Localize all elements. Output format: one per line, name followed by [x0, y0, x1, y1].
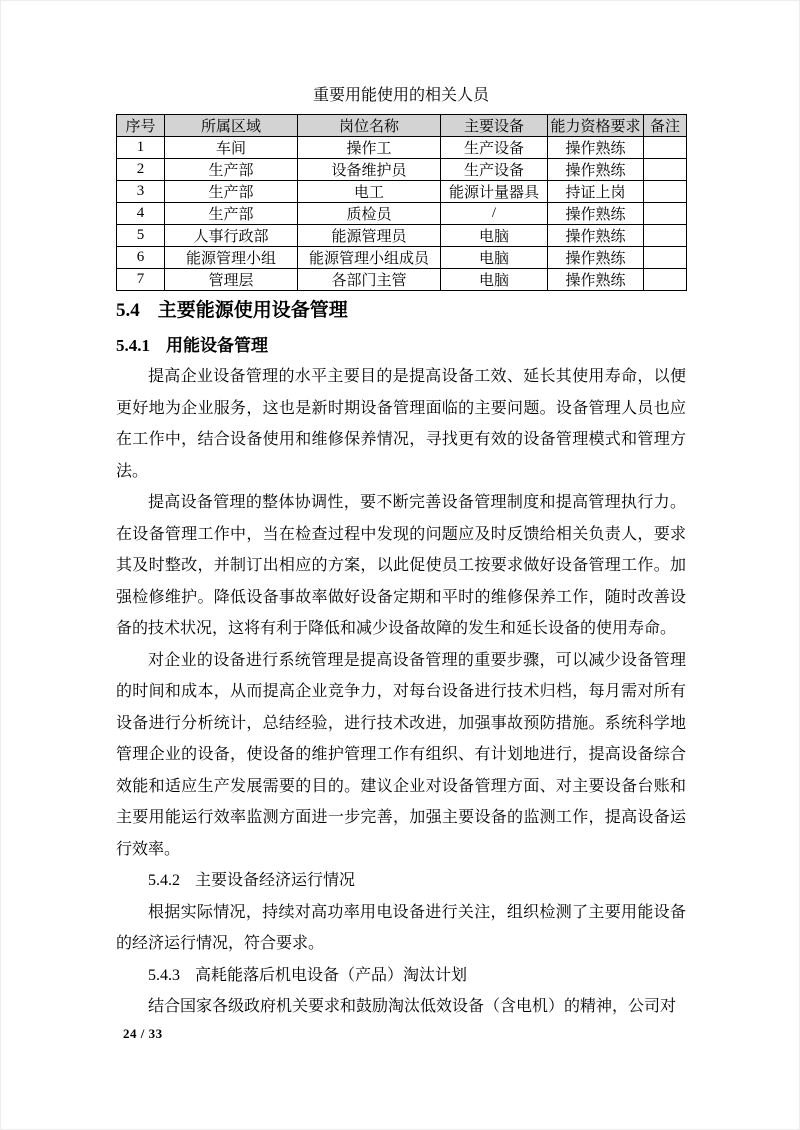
- cell-qualification: 操作熟练: [548, 247, 644, 269]
- cell-index: 4: [117, 203, 165, 225]
- table-row: 1 车间 操作工 生产设备 操作熟练: [117, 137, 687, 159]
- cell-remark: [644, 159, 687, 181]
- table-header-row: 序号 所属区域 岗位名称 主要设备 能力资格要求 备注: [117, 115, 687, 137]
- cell-qualification: 操作熟练: [548, 159, 644, 181]
- section-heading-5-4-3: 5.4.3高耗能落后机电设备（产品）淘汰计划: [116, 960, 686, 992]
- body-paragraph-2: 提高设备管理的整体协调性，要不断完善设备管理制度和提高管理执行力。在设备管理工作…: [116, 487, 686, 645]
- cell-remark: [644, 181, 687, 203]
- cell-area: 管理层: [165, 269, 298, 291]
- table-row: 3 生产部 电工 能源计量器具 持证上岗: [117, 181, 687, 203]
- cell-area: 车间: [165, 137, 298, 159]
- section-heading-5-4-2: 5.4.2主要设备经济运行情况: [116, 865, 686, 897]
- cell-index: 5: [117, 225, 165, 247]
- table-row: 6 能源管理小组 能源管理小组成员 电脑 操作熟练: [117, 247, 687, 269]
- section-title: 用能设备管理: [166, 336, 268, 355]
- cell-equipment: 电脑: [441, 269, 548, 291]
- body-paragraph-5-4-2: 根据实际情况，持续对高功率用电设备进行关注，组织检测了主要用能设备的经济运行情况…: [116, 897, 686, 960]
- cell-position: 操作工: [298, 137, 441, 159]
- section-heading-5-4: 5.4主要能源使用设备管理: [116, 297, 686, 324]
- cell-qualification: 操作熟练: [548, 137, 644, 159]
- table-row: 7 管理层 各部门主管 电脑 操作熟练: [117, 269, 687, 291]
- cell-position: 设备维护员: [298, 159, 441, 181]
- personnel-table: 序号 所属区域 岗位名称 主要设备 能力资格要求 备注 1 车间 操作工 生产设…: [116, 114, 687, 291]
- cell-equipment: 电脑: [441, 247, 548, 269]
- cell-position: 质检员: [298, 203, 441, 225]
- section-number: 5.4.1: [116, 336, 150, 355]
- document-page: 重要用能使用的相关人员 序号 所属区域 岗位名称 主要设备 能力资格要求 备注 …: [0, 0, 800, 1130]
- col-header-area: 所属区域: [165, 115, 298, 137]
- cell-equipment: 电脑: [441, 225, 548, 247]
- section-number: 5.4: [116, 300, 140, 321]
- cell-equipment: 生产设备: [441, 159, 548, 181]
- section-title: 主要设备经济运行情况: [195, 872, 355, 889]
- cell-qualification: 操作熟练: [548, 269, 644, 291]
- col-header-qualification: 能力资格要求: [548, 115, 644, 137]
- cell-remark: [644, 203, 687, 225]
- table-row: 4 生产部 质检员 / 操作熟练: [117, 203, 687, 225]
- cell-area: 生产部: [165, 181, 298, 203]
- col-header-remark: 备注: [644, 115, 687, 137]
- cell-remark: [644, 269, 687, 291]
- cell-remark: [644, 137, 687, 159]
- cell-position: 各部门主管: [298, 269, 441, 291]
- cell-position: 能源管理小组成员: [298, 247, 441, 269]
- cell-qualification: 持证上岗: [548, 181, 644, 203]
- col-header-position: 岗位名称: [298, 115, 441, 137]
- section-number: 5.4.2: [148, 872, 180, 889]
- cell-index: 1: [117, 137, 165, 159]
- cell-equipment: 生产设备: [441, 137, 548, 159]
- cell-index: 2: [117, 159, 165, 181]
- cell-remark: [644, 225, 687, 247]
- cell-area: 生产部: [165, 159, 298, 181]
- table-row: 5 人事行政部 能源管理员 电脑 操作熟练: [117, 225, 687, 247]
- cell-qualification: 操作熟练: [548, 203, 644, 225]
- cell-position: 能源管理员: [298, 225, 441, 247]
- page-number: 24 / 33: [123, 1026, 163, 1042]
- cell-qualification: 操作熟练: [548, 225, 644, 247]
- col-header-equipment: 主要设备: [441, 115, 548, 137]
- section-title: 高耗能落后机电设备（产品）淘汰计划: [195, 967, 467, 984]
- section-heading-5-4-1: 5.4.1用能设备管理: [116, 333, 686, 358]
- table-row: 2 生产部 设备维护员 生产设备 操作熟练: [117, 159, 687, 181]
- cell-area: 人事行政部: [165, 225, 298, 247]
- section-title: 主要能源使用设备管理: [158, 300, 348, 321]
- body-paragraph-3: 对企业的设备进行系统管理是提高设备管理的重要步骤，可以减少设备管理的时间和成本，…: [116, 645, 686, 866]
- page-content: 重要用能使用的相关人员 序号 所属区域 岗位名称 主要设备 能力资格要求 备注 …: [116, 1, 686, 1023]
- table-title: 重要用能使用的相关人员: [116, 85, 686, 107]
- cell-index: 6: [117, 247, 165, 269]
- cell-area: 能源管理小组: [165, 247, 298, 269]
- cell-index: 3: [117, 181, 165, 203]
- body-paragraph-1: 提高企业设备管理的水平主要目的是提高设备工效、延长其使用寿命，以便更好地为企业服…: [116, 361, 686, 487]
- col-header-index: 序号: [117, 115, 165, 137]
- body-paragraph-5-4-3: 结合国家各级政府机关要求和鼓励淘汰低效设备（含电机）的精神，公司对: [116, 991, 686, 1023]
- cell-equipment: 能源计量器具: [441, 181, 548, 203]
- cell-position: 电工: [298, 181, 441, 203]
- cell-index: 7: [117, 269, 165, 291]
- section-number: 5.4.3: [148, 967, 180, 984]
- cell-area: 生产部: [165, 203, 298, 225]
- cell-equipment: /: [441, 203, 548, 225]
- cell-remark: [644, 247, 687, 269]
